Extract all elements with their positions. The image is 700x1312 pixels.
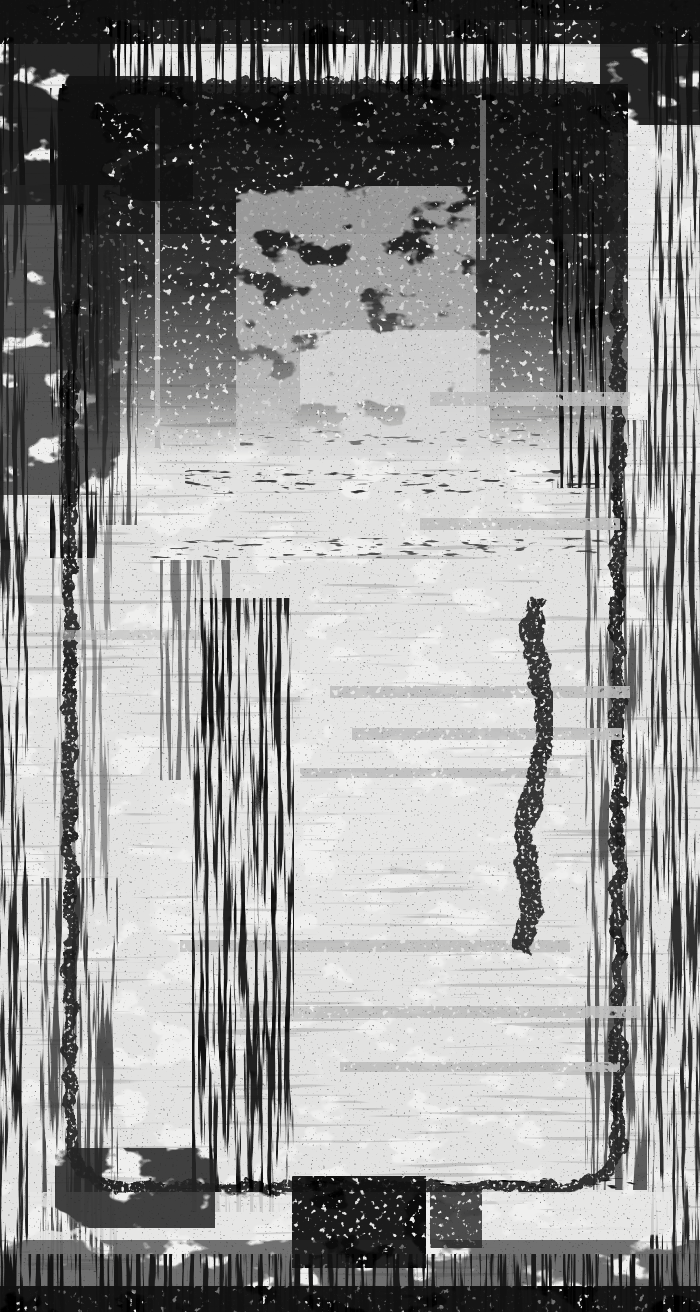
- tonal-mottle-overlay: [0, 0, 700, 1312]
- distressed-texture-image: [0, 0, 700, 1312]
- texture-canvas: [0, 0, 700, 1312]
